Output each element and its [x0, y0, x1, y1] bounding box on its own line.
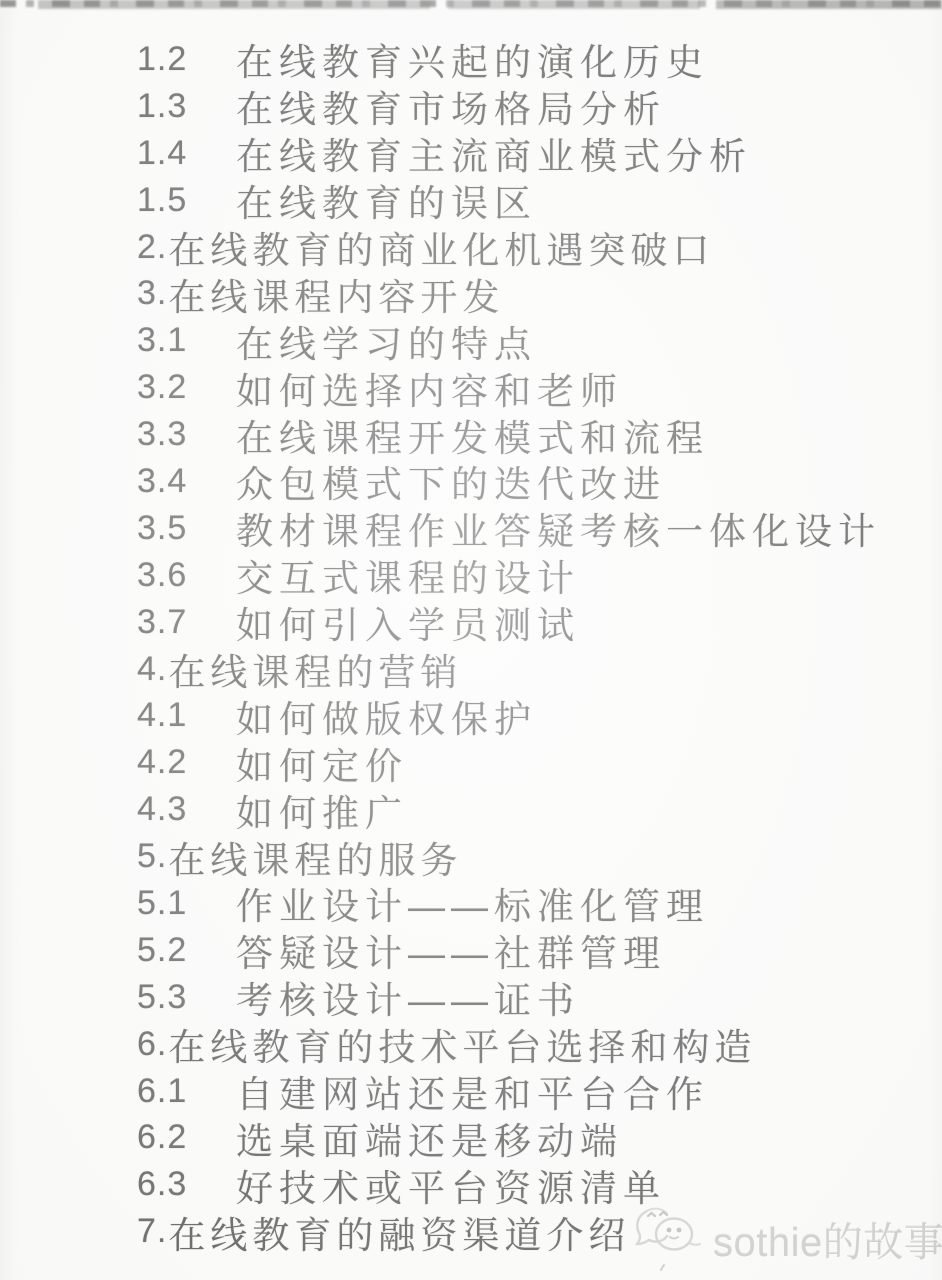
toc-item: 5. 在线课程的服务	[137, 833, 927, 880]
toc-item: 3.1 在线学习的特点	[137, 317, 927, 364]
toc-item: 3.4 众包模式下的迭代改进	[137, 458, 927, 505]
toc-item: 3.5 教材课程作业答疑考核一体化设计	[137, 505, 927, 552]
toc-item-number: 1.5	[137, 181, 236, 220]
toc-item: 5.3 考核设计——证书	[137, 974, 927, 1021]
toc-item-number: 6.3	[137, 1165, 236, 1204]
toc-item-number: 5.2	[137, 931, 236, 970]
toc-item-number: 6.	[137, 1025, 167, 1064]
toc-item: 3.2 如何选择内容和老师	[137, 364, 927, 411]
toc-item-label: 在线课程的服务	[168, 830, 462, 884]
toc-item-number: 4.1	[137, 696, 236, 735]
toc-item-label: 在线课程开发模式和流程	[236, 408, 709, 462]
toc-item-number: 3.1	[137, 321, 236, 360]
toc-item-label: 在线教育兴起的演化历史	[236, 32, 709, 86]
toc-item-label: 交互式课程的设计	[236, 548, 580, 602]
toc-item: 3.3 在线课程开发模式和流程	[137, 411, 927, 458]
toc-item: 4.2 如何定价	[137, 739, 927, 786]
toc-item: 1.4 在线教育主流商业模式分析	[137, 130, 927, 177]
toc-item-number: 5.3	[137, 978, 236, 1017]
toc-item-label: 如何定价	[236, 736, 408, 790]
toc-item-label: 在线教育的误区	[236, 173, 537, 227]
toc-item-number: 2.	[137, 228, 167, 267]
toc-item-number: 1.3	[137, 87, 236, 126]
toc-list: 1.2 在线教育兴起的演化历史 1.3 在线教育市场格局分析 1.4 在线教育主…	[137, 36, 927, 1255]
toc-item-label: 选桌面端还是移动端	[236, 1111, 623, 1165]
story-face-doodle-icon	[633, 1203, 711, 1275]
toc-item-number: 5.1	[137, 884, 236, 923]
toc-item-label: 如何做版权保护	[236, 689, 537, 743]
toc-item-label: 在线课程内容开发	[168, 267, 504, 321]
toc-item: 4. 在线课程的营销	[137, 646, 927, 693]
toc-item-number: 1.4	[137, 134, 236, 173]
toc-item: 6.1 自建网站还是和平台合作	[137, 1068, 927, 1115]
toc-item-label: 在线学习的特点	[236, 314, 537, 368]
toc-item-number: 3.4	[137, 462, 236, 501]
toc-item-number: 1.2	[137, 40, 236, 79]
toc-item-number: 7.	[137, 1212, 167, 1251]
toc-item-label: 在线教育的技术平台选择和构造	[168, 1017, 756, 1071]
toc-item-number: 3.2	[137, 368, 236, 407]
toc-item-number: 3.3	[137, 415, 236, 454]
toc-item-label: 如何选择内容和老师	[236, 361, 623, 415]
toc-item: 1.5 在线教育的误区	[137, 177, 927, 224]
toc-item-number: 4.2	[137, 743, 236, 782]
toc-item-label: 作业设计——标准化管理	[236, 876, 709, 930]
toc-item-label: 教材课程作业答疑考核一体化设计	[236, 501, 881, 555]
toc-item-number: 5.	[137, 837, 167, 876]
toc-item: 4.3 如何推广	[137, 786, 927, 833]
toc-item-label: 好技术或平台资源清单	[236, 1158, 666, 1212]
toc-item: 5.2 答疑设计——社群管理	[137, 927, 927, 974]
toc-item-label: 自建网站还是和平台合作	[236, 1064, 709, 1118]
toc-item: 3. 在线课程内容开发	[137, 270, 927, 317]
toc-item: 6.2 选桌面端还是移动端	[137, 1114, 927, 1161]
toc-item-label: 众包模式下的迭代改进	[236, 454, 666, 508]
toc-item-label: 在线教育市场格局分析	[236, 79, 666, 133]
toc-item: 3.6 交互式课程的设计	[137, 552, 927, 599]
toc-item-number: 4.	[137, 650, 167, 689]
toc-item: 1.2 在线教育兴起的演化历史	[137, 36, 927, 83]
toc-item-label: 在线教育的商业化机遇突破口	[168, 220, 714, 274]
toc-item-number: 4.3	[137, 790, 236, 829]
toc-item-label: 如何引入学员测试	[236, 595, 580, 649]
toc-item-label: 如何推广	[236, 783, 408, 837]
toc-item-number: 3.6	[137, 556, 236, 595]
toc-item-label: 在线教育的融资渠道介绍	[168, 1205, 630, 1259]
toc-item: 2. 在线教育的商业化机遇突破口	[137, 224, 927, 271]
toc-item: 4.1 如何做版权保护	[137, 692, 927, 739]
toc-item-number: 6.2	[137, 1118, 236, 1157]
toc-item-number: 6.1	[137, 1072, 236, 1111]
watermark: sothie的故事行	[633, 1203, 942, 1275]
toc-item-number: 3.5	[137, 509, 236, 548]
toc-item: 1.3 在线教育市场格局分析	[137, 83, 927, 130]
toc-item: 3.7 如何引入学员测试	[137, 599, 927, 646]
toc-item: 6. 在线教育的技术平台选择和构造	[137, 1021, 927, 1068]
toc-item-number: 3.7	[137, 603, 236, 642]
toc-item-label: 考核设计——证书	[236, 970, 580, 1024]
toc-item-label: 答疑设计——社群管理	[236, 923, 666, 977]
toc-item-label: 在线教育主流商业模式分析	[236, 126, 752, 180]
toc-item: 5.1 作业设计——标准化管理	[137, 880, 927, 927]
toc-item: 6.3 好技术或平台资源清单	[137, 1161, 927, 1208]
scanned-document-page: { "page": { "background": "#fbfbfa", "te…	[0, 0, 942, 1280]
toc-item-label: 在线课程的营销	[168, 642, 462, 696]
cut-off-text-fragments	[0, 0, 942, 10]
watermark-text: sothie的故事行	[713, 1211, 942, 1268]
toc-item-number: 3.	[137, 274, 167, 313]
